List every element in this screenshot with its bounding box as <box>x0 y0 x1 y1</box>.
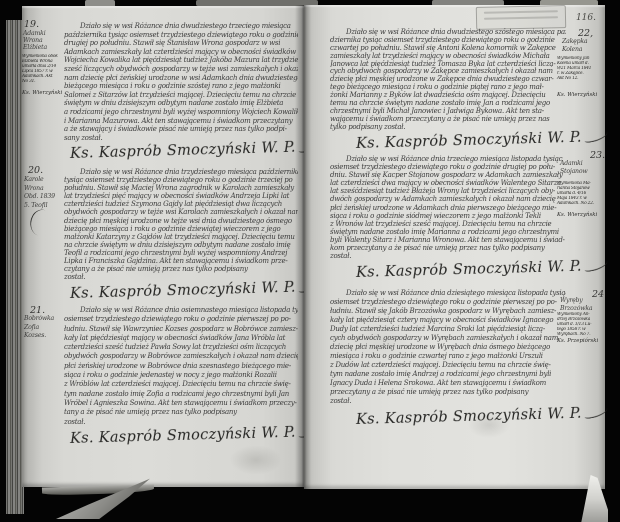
entry-body-line: dziecię płci męskiej urodzone w tejże ws… <box>64 217 298 225</box>
paper-stain <box>352 320 416 362</box>
entry-body-line: przeczytany a że pisać nie umieją przez … <box>330 388 566 397</box>
register-book-photo: 19.AdamkiWronaElżbietaWymieniona obokElż… <box>0 0 620 522</box>
margin-note-line: Zofia <box>24 324 39 331</box>
entry-body-line: Działo się w wsi Różance dnia osiemnaste… <box>64 306 298 315</box>
entry-number: 19. <box>24 19 39 30</box>
entry-body-line: siąca i roku o godzinie jedenastej w noc… <box>64 371 298 380</box>
entry-body-line: z Wronów lat trzydzieści sześć mającej. … <box>330 220 566 228</box>
priest-signature: Ks. Kasprób Smoczyński W. P. <box>356 406 571 428</box>
entry-body-line: siąca i roku o godzinie siódmej wieczore… <box>330 212 566 220</box>
annotation-signature: Ks. Wierzyński <box>557 212 597 218</box>
entry-body-line: Działo się w wsi Różance dnia trzeciego … <box>330 155 566 163</box>
margin-note-line: Elżbieta <box>23 44 47 51</box>
entry-body-line: czwartej po południu. Stawił się Antoni … <box>330 44 566 52</box>
annotation-line: drzej Brzozówka <box>557 317 607 322</box>
entry-body-line: byli Walenty Sitarz i Marianna Wronowa. … <box>330 236 566 244</box>
paper-stain <box>468 412 510 438</box>
margin-note-line: Karole <box>24 176 43 183</box>
annotation-line: 9/21 Marca 1841 <box>557 66 607 71</box>
entry-body-line: łudniu. Stawił się Jakób Brzozówka gospo… <box>330 307 566 316</box>
annotation-line: Wymieniona obok <box>22 54 72 59</box>
annotation-line: rianna Stojanow <box>557 186 607 191</box>
annotation-line: No 31. <box>22 79 72 84</box>
entry-body-line: tany a że pisać nie umieją przez nas tyl… <box>64 408 298 417</box>
entry-body-line: łudniu. Stawił się Wawrzyniec Kozses gos… <box>64 325 298 334</box>
entry-body-line: czterdzieści sześć tudzież Pawła Sowy la… <box>64 343 298 352</box>
entry-body-line: dwóch gospodarzy w Adamkach zamieszkałyc… <box>330 195 566 203</box>
margin-annotation: Wymieniona obokElżbieta Wronaumarła dnia… <box>22 54 72 84</box>
entry-body-line: a że stawający i świadkowie pisać nie um… <box>64 125 298 134</box>
annotation-line: Kolena umarł d. <box>557 61 607 66</box>
margin-note-line: Zakępka <box>562 38 587 45</box>
signature-flourish <box>583 129 608 143</box>
priest-signature: Ks. Kasprób Smoczyński W. P. <box>70 140 285 162</box>
entry-body-line: Adamkach zamieszkały lat czterdzieści ma… <box>64 48 298 57</box>
entry-body-line: został. <box>330 252 566 260</box>
entry-body-line: dziernika tysiąc osiemset trzydziestego … <box>330 36 566 44</box>
paper-stain <box>118 236 190 288</box>
entry-body-line: i Marianna Mazurowa. Akt ten stawającemu… <box>64 117 298 126</box>
entry-body-line: południu. Stawił się Maciej Wrona zagrod… <box>64 184 298 192</box>
entry-body-line: chrzestnymi byli Michał Janowiec i Jadwi… <box>330 107 566 115</box>
annotation-line: tego 1858 r. w <box>557 327 607 332</box>
annotation-line: Wymieniony An- <box>557 312 607 317</box>
margin-note-line: Wyręby <box>560 297 583 304</box>
annotation-line: Wymieniona Ma- <box>557 181 607 186</box>
entry-body: Działo się w wsi Różance dnia dwudzieste… <box>330 28 566 131</box>
entry-body-line: obydwóch gospodarzy w tejże wsi Karolach… <box>64 208 298 216</box>
entry-body-line: tysiąc osiemset trzydziestego dziewiąteg… <box>64 176 298 184</box>
entry-body-line: tego bieżącego miesiąca i roku o godzini… <box>330 83 566 91</box>
entry-body-line: kały lat pięćdziesiąt mający w obecności… <box>64 334 298 343</box>
entry-body-line: Ignacy Duda i Helena Srokowa. Akt ten st… <box>330 379 566 388</box>
entry-body-line: dziecię płci męskiej urodzone w Zakępce … <box>330 75 566 83</box>
entry-body-line: Wróbel i Agnieszka Sowina. Akt ten stawa… <box>64 399 298 408</box>
entry-body-line: kom przeczytany a że pisać nie umieją pr… <box>330 244 566 252</box>
annotation-line: umarła dnia 2/14 <box>22 64 72 69</box>
register-entry: 23.AdamkiStojanowWymieniona Ma-rianna St… <box>304 5 605 489</box>
book-gutter-shadow <box>295 5 311 489</box>
entry-body-line: żonki Marianny z Byków lat dwadzieścia o… <box>330 91 566 99</box>
entry-body: Działo się w wsi Różance dnia osiemnaste… <box>64 306 298 427</box>
margin-note-line: Obd. 1839 <box>24 193 55 200</box>
right-page: 116. 22,ZakępkaKolenaWymieniony JanKolen… <box>304 5 605 489</box>
entry-number: 21. <box>30 305 45 316</box>
entry-body-line: bieżącego miesiąca i roku o godzinie dzi… <box>64 225 298 233</box>
entry-body-line: lat trzydzieści pięć mający w obecności … <box>64 192 298 200</box>
margin-note-line: Brzozówka <box>560 305 592 312</box>
entry-body-line: zamieszkały lat trzydzieści mający w obe… <box>330 52 566 60</box>
signature-flourish <box>583 405 608 419</box>
entry-number: 24 <box>592 289 604 300</box>
annotation-signature: Ks. Przepiórski <box>557 338 598 344</box>
signature-flourish <box>583 258 608 272</box>
priest-signature: Ks. Kasprób Smoczyński W. P. <box>70 280 285 302</box>
entry-body-line: Wojciecha Kowalika lat pięćdziesiąt tudz… <box>64 56 298 65</box>
annotation-line: Lipca 1857 r. w <box>22 69 72 74</box>
entry-body-line: Salomei z Sitarzów lat trzydzieści mając… <box>64 91 298 100</box>
annotation-line: umarła d. 4/16 <box>557 191 607 196</box>
register-entry: 22,ZakępkaKolenaWymieniony JanKolena uma… <box>304 5 605 489</box>
annotation-line: Maja 1843 r. w <box>557 196 607 201</box>
annotation-line: r. w Zakępce. <box>557 71 607 76</box>
annotation-line: Adamkach. Akt <box>22 74 72 79</box>
entry-body-line: lat czterdzieści dwa mający w obecności … <box>330 179 566 187</box>
margin-note-line: Wrona <box>24 185 43 192</box>
entry-body-line: osiemset trzydziestego dziewiątego roku … <box>330 298 566 307</box>
entry-body-line: świętym nadane zostało imię Marianna a r… <box>330 228 566 236</box>
entry-body-line: został. <box>64 418 298 427</box>
entry-body-line: Janowca lat pięćdziesiąt tudzież Tomasza… <box>330 60 566 68</box>
entry-body-line: osiemset trzydziestego dziewiątego roku … <box>64 315 298 324</box>
entry-body-line: obydwóch gospodarzy w Bobrówce zamieszka… <box>64 352 298 361</box>
entry-body-line: sany został. <box>64 134 298 143</box>
margin-note-line: Stojanow <box>560 168 587 175</box>
entry-body-line: bieżącego miesiąca i roku o godzinie szó… <box>64 82 298 91</box>
annotation-signature: Ks. Wierzyński <box>557 92 597 98</box>
priest-signature: Ks. Kasprób Smoczyński W. P. <box>356 130 571 152</box>
paper-stain <box>230 445 282 475</box>
entry-body-line: a rodzicami jego chrzestnymi byli wyżej … <box>64 108 298 117</box>
entry-body-line: dniu. Stawił się Kacper Stojanow gospoda… <box>330 171 566 179</box>
annotation-line: Wyrębach. No 7. <box>557 332 607 337</box>
margin-note-line: Adamki <box>23 30 46 37</box>
entry-body-line: października tysiąc osiemset trzydzieste… <box>64 31 298 40</box>
entry-body-line: świętym w dniu dzisiejszym odbytym nadan… <box>64 99 298 108</box>
entry-body-line: Działo się w wsi Różance dnia dwudzieste… <box>330 28 566 36</box>
entry-body-line: tym nadane zostało imię Andrzej a rodzic… <box>330 370 566 379</box>
entry-body-line: Działo się w wsi Różance dnia dwudzieste… <box>64 22 298 31</box>
entry-body-line: lat sześćdziesiąt tudzież Błażeja Wrony … <box>330 187 566 195</box>
entry-body-line: małżonki Katarzyny z Gajdów lat trzydzie… <box>64 233 298 241</box>
annotation-line: Wymieniony Jan <box>557 56 607 61</box>
right-page-entries: 22,ZakępkaKolenaWymieniony JanKolena uma… <box>304 5 605 489</box>
priest-signature: Ks. Kasprób Smoczyński W. P. <box>70 425 285 447</box>
entry-body-line: czterdzieści tudzież Szymona Gajdy lat p… <box>64 200 298 208</box>
entry-number: 23. <box>590 150 605 161</box>
margin-annotation: Wymieniony JanKolena umarł d.9/21 Marca … <box>557 56 607 81</box>
register-entry: 24WyrębyBrzozówkaWymieniony An-drzej Brz… <box>304 5 605 489</box>
margin-note-line: 5. Teofil <box>24 202 47 209</box>
entry-body-line: tylko podpisany został. <box>330 123 566 131</box>
entry-body-line: płci żeńskiej urodzone w Bobrówce dnia s… <box>64 362 298 371</box>
entry-body-line: tym nadane zostało imię Zofia a rodzicam… <box>64 390 298 399</box>
margin-note-line: Wrona <box>23 37 42 44</box>
annotation-line: umarł d. 1/13 Lu- <box>557 322 607 327</box>
entry-body: Działo się w wsi Różance dnia dwudzieste… <box>64 22 298 142</box>
entry-body-line: wającemu i świadkom przeczytany a że pis… <box>330 115 566 123</box>
entry-body-line: z Wróblów lat czterdzieści mającej. Dzie… <box>64 380 298 389</box>
margin-note-line: Kozses. <box>24 332 46 339</box>
annotation-signature: Ks. Wierzyński <box>22 90 62 96</box>
margin-note-line: Bobrówka <box>24 315 54 322</box>
entry-body-line: Działo się w wsi Różance dnia dziesiąteg… <box>330 289 566 298</box>
entry-number: 20. <box>28 165 43 176</box>
entry-body-line: sześć liczących obydwóch gospodarzy w te… <box>64 65 298 74</box>
annotation-line: Adamkach. No 22. <box>557 201 607 206</box>
entry-body-line: nam dziecię płci żeńskiej urodzone w wsi… <box>64 74 298 83</box>
entry-body-line: został. <box>330 397 566 406</box>
margin-annotation: Wymieniony An-drzej Brzozówkaumarł d. 1/… <box>557 312 607 337</box>
margin-annotation: Wymieniona Ma-rianna Stojanowumarła d. 4… <box>557 181 607 206</box>
entry-body-line: osiemset trzydziestego dziewiątego roku … <box>330 163 566 171</box>
margin-flourish <box>25 206 57 239</box>
entry-number: 22, <box>578 28 593 39</box>
annotation-line: Elżbieta Wrona <box>22 59 72 64</box>
annotation-line: Akt No 12. <box>557 76 607 81</box>
entry-body-line: z Dudów lat czterdzieści mającej. Dzieci… <box>330 361 566 370</box>
priest-signature: Ks. Kasprób Smoczyński W. P. <box>356 259 571 281</box>
entry-body-line: płci żeńskiej urodzone w Adamkach dnia p… <box>330 204 566 212</box>
margin-note-line: Kolena <box>562 46 582 53</box>
entry-body: Działo się w wsi Różance dnia trzeciego … <box>330 155 566 260</box>
entry-body-line: temu na chrzcie świętym nadane zostało i… <box>330 99 566 107</box>
entry-body-line: drugiej po południu. Stawił się Stanisła… <box>64 39 298 48</box>
entry-body-line: Działo się w wsi Różance dnia trzydziest… <box>64 168 298 176</box>
margin-note-line: Adamki <box>560 160 583 167</box>
entry-body-line: cych obydwóch gospodarzy w Zakępce zamie… <box>330 67 566 75</box>
